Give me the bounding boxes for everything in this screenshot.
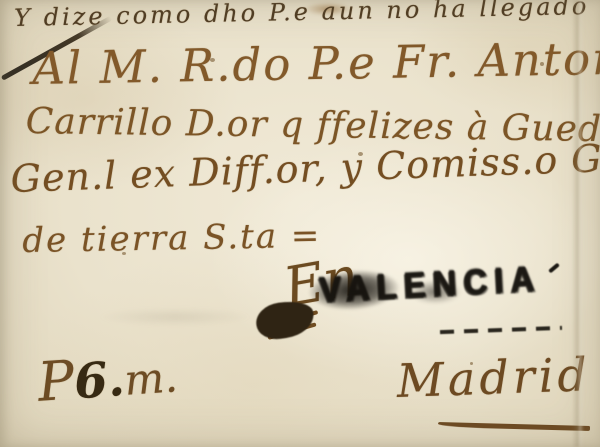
letter-cover-scan: Y dize como dho P.e aun no ha llegado Al…	[0, 0, 600, 447]
address-line-3: Gen.l ex Diff.or, y Comiss.o Gen.l	[10, 137, 600, 198]
manuscript-annotation: Y dize como dho P.e aun no ha llegado	[14, 0, 590, 30]
ink-speck	[470, 362, 473, 365]
postmark-tick	[548, 263, 560, 274]
destination-city: Madrid	[396, 351, 592, 404]
rate-letter-p: P	[36, 348, 77, 413]
madrid-underline	[438, 422, 590, 431]
address-line-4: de tierra S.ta =	[22, 219, 322, 258]
address-line-1: Al M. R.do P.e Fr. Antonio	[32, 35, 600, 91]
ink-speck	[540, 62, 544, 66]
postmark-smudge	[400, 276, 470, 308]
ink-speck	[210, 58, 215, 62]
postmark-dashed-line	[440, 326, 562, 334]
rate-value: 6.	[72, 351, 126, 410]
paper-crease	[572, 0, 584, 447]
ink-speck	[358, 152, 363, 156]
ink-speck	[122, 252, 126, 255]
postal-rate-marking: P6.m.	[36, 346, 179, 410]
ink-showthrough	[80, 306, 270, 328]
rate-unit: m.	[123, 352, 179, 405]
